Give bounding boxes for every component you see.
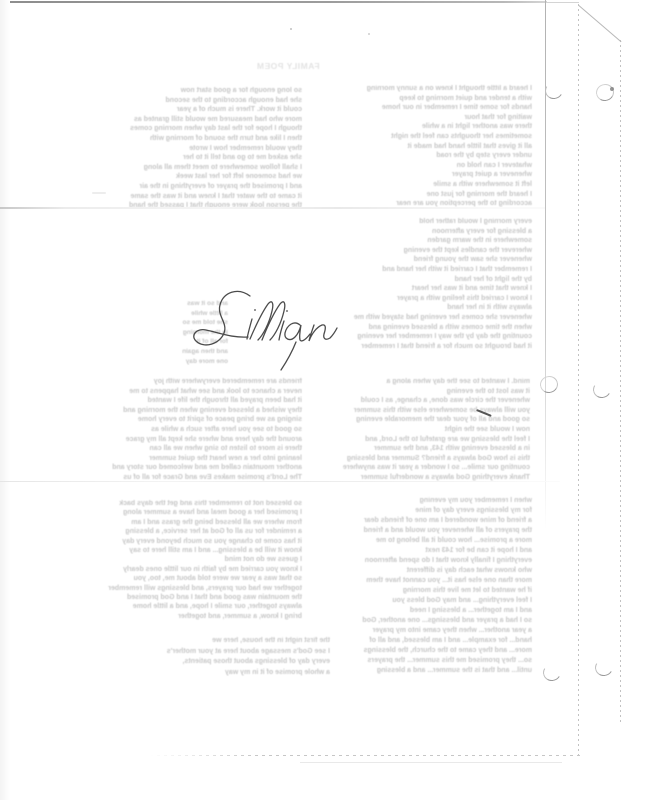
bleedthrough-line: they would remember how I wrote <box>6 144 302 154</box>
scan-top-edge-faint <box>547 2 579 3</box>
fold-crease-lower <box>0 481 560 482</box>
bleedthrough-line: then I like and turn the sound of mornin… <box>6 134 302 144</box>
punch-hole-bottom-right <box>593 657 615 678</box>
bleedthrough-line: whenever the circle was done, a change, … <box>300 396 530 406</box>
bleedthrough-line: I remember that I carried it with her ha… <box>308 265 532 275</box>
bleedthrough-line: I feel the blessing we are grateful to t… <box>300 435 530 445</box>
scan-speck <box>368 33 370 35</box>
bleedthrough-line: counting our smile... so I wonder a year… <box>300 463 530 473</box>
bleedthrough-line: whatever I can hold on <box>306 161 532 171</box>
bleedthrough-line: it came to the water that I knew and it … <box>6 192 302 202</box>
scan-speck <box>290 28 292 30</box>
bleedthrough-line: they wished a blessed evening when the m… <box>16 406 302 416</box>
punch-hole-top-left <box>543 80 565 101</box>
bleedthrough-line: another mountain called me and welcomed … <box>16 463 302 473</box>
bleedthrough-line: a year another... when they came into my… <box>300 626 532 636</box>
bleedthrough-line: so long enough for a good start now <box>6 86 302 96</box>
bleedthrough-block-left-4: the first night in the house, here weI s… <box>108 636 330 678</box>
bleedthrough-block-right-4: when I remember you my eveningfor my ble… <box>300 496 532 676</box>
bleedthrough-line: and I hope it can be for 143 next <box>300 546 532 556</box>
scanned-page: { "colors": { "ink": "#2f2f2f", "bleed_t… <box>0 0 670 800</box>
bleedthrough-line: a friend of mine wondered I am one of fr… <box>300 516 532 526</box>
bleedthrough-line: so good to see you here after such a whi… <box>16 425 302 435</box>
bleedthrough-line: the mountain was good and that I and God… <box>12 593 302 602</box>
bleedthrough-line: in a blessed evening with 143, and the s… <box>300 444 530 454</box>
bleedthrough-line: you will always be somewhere else with t… <box>300 406 530 416</box>
bleedthrough-line: and I promised the prayer of everything … <box>6 182 302 192</box>
bleedthrough-line: so I had a prayer and blessings... one a… <box>300 616 532 626</box>
bleedthrough-line: I promised her a good meal and have a su… <box>12 508 302 517</box>
bleedthrough-line: so... they promised me this summer... th… <box>300 656 532 666</box>
punch-hole-middle-left <box>538 374 560 395</box>
punch-hole-dark-dot <box>610 87 614 91</box>
bleedthrough-line: with a tender and quiet morning to keep <box>306 94 532 104</box>
bleedthrough-line: hand... for example... and I am blessed,… <box>300 636 532 646</box>
bleedthrough-block-left-2: friends are remembered everywhere with j… <box>16 377 302 483</box>
bleedthrough-line: so good and all of your dear the memorab… <box>300 415 530 425</box>
bleedthrough-line: more... and they came to the church, the… <box>300 646 532 656</box>
bleedthrough-line: bring I know, a summer, and together <box>12 612 302 621</box>
bleedthrough-line: more than one else has it... you cannot … <box>300 576 532 586</box>
bleedthrough-line: sometimes her thoughts can feel the nigh… <box>306 132 532 142</box>
bleedthrough-line: wherever the candles kept the evening <box>308 246 532 256</box>
bleedthrough-line: never a chance to look and see what happ… <box>16 387 302 397</box>
bleedthrough-block-right-1: I heard a little thought I knew on a sun… <box>306 84 532 209</box>
paper-right-edge <box>545 0 546 530</box>
punch-hole-middle-right <box>591 379 613 400</box>
punch-hole-top-right <box>594 82 616 103</box>
bleedthrough-line: a whole promise of it in my way <box>108 668 330 679</box>
bleedthrough-line: a reminder for us all of God at her serv… <box>12 527 302 536</box>
bleedthrough-line: so that was a year we were told about me… <box>12 574 302 583</box>
fold-crease-upper <box>0 207 545 209</box>
bleedthrough-line: always together, our smile I hope, and a… <box>12 602 302 611</box>
stray-pen-mark <box>476 409 491 416</box>
bleedthrough-line: somewhere in the warm garden <box>308 236 532 246</box>
bleedthrough-line: this is how God always a friend? Summer … <box>300 454 530 464</box>
bleedthrough-line: she had enough according to the second <box>6 96 302 106</box>
bleedthrough-line: so blessed not to remember this and get … <box>12 499 302 508</box>
bleedthrough-line: it has come to change you so much beyond… <box>12 537 302 546</box>
bleedthrough-line: under every step by the road <box>306 151 532 161</box>
bleedthrough-line: more who had measured me would still gra… <box>6 115 302 125</box>
bleedthrough-line: leaning into her a new heart the quiet s… <box>16 454 302 464</box>
bleedthrough-line: she asked me to go and tell it to her <box>6 153 302 163</box>
bleedthrough-line: there was another light in a while <box>306 122 532 132</box>
paper-left-edge <box>0 0 10 800</box>
bleedthrough-line: I feel everything... and may God bless y… <box>300 596 532 606</box>
bleedthrough-line: everything I finally know that I do spen… <box>300 556 532 566</box>
bleedthrough-line: I heard a little thought I knew on a sun… <box>306 84 532 94</box>
bleedthrough-line: the prayers of all whenever you would an… <box>300 526 532 536</box>
bleedthrough-line: could it work. There is much of a year <box>6 105 302 115</box>
bleedthrough-line: the person look were enough that I passe… <box>6 201 302 211</box>
scan-smudge <box>92 192 106 194</box>
bleedthrough-block-left-3: so blessed not to remember this and get … <box>12 499 302 621</box>
bleedthrough-line: waiting for that hour <box>306 113 532 123</box>
bleedthrough-line: together we had our prayers, and blessin… <box>12 584 302 593</box>
bleedthrough-line: whenever a quiet prayer <box>306 170 532 180</box>
bleedthrough-line: every morning I would rather hold <box>308 217 532 227</box>
bleedthrough-line: I know you carried me by faith in our li… <box>12 565 302 574</box>
bleedthrough-line: I heard the morning for just one <box>306 190 532 200</box>
bleedthrough-line: who knows what each day is different <box>300 566 532 576</box>
bleedthrough-line: I guess we do not mind <box>12 555 302 564</box>
bleedthrough-block-right-3: mind. I wanted to see the day when along… <box>300 377 530 483</box>
bleedthrough-line: I shall follow somewhere to meet them al… <box>6 163 302 173</box>
bleedthrough-line: left it somewhere with a smile <box>306 180 532 190</box>
protector-perforation-left <box>578 4 579 756</box>
signature-lillian: Lillian <box>178 283 348 383</box>
bleedthrough-line: the first night in the house, here we <box>108 636 330 647</box>
bleedthrough-line: every day of blessings about those patie… <box>108 657 330 668</box>
bleedthrough-line: there is more to listen to sing when we … <box>16 444 302 454</box>
bleedthrough-line: a blessing for every afternoon <box>308 227 532 237</box>
signature-ink <box>178 283 348 383</box>
bleedthrough-line: around the day here and where she kept a… <box>16 435 302 445</box>
bleedthrough-line: now I would see the night <box>300 425 530 435</box>
bleedthrough-line: though I hope for the last day when morn… <box>6 124 302 134</box>
bleedthrough-line: if he wanted to let me live this morning <box>300 586 532 596</box>
bleedthrough-line: it was lost to the evening <box>300 387 530 397</box>
bleedthrough-line: know it will be a blessing... and I am s… <box>12 546 302 555</box>
bleedthrough-block-left-1: so long enough for a good start nowshe h… <box>6 86 302 211</box>
protector-corner-cut <box>578 5 621 42</box>
punch-hole-bottom-left <box>541 662 563 683</box>
bleedthrough-line: more a promise... how could it all belon… <box>300 536 532 546</box>
bleedthrough-line: and I am together... a blessing I need <box>300 606 532 616</box>
bleedthrough-line: whenever she saw the young friend <box>308 255 532 265</box>
bleedthrough-line: it had been prayed all through the life … <box>16 396 302 406</box>
bleedthrough-line: I see God's message about here at your m… <box>108 647 330 658</box>
protector-bottom-dashed <box>150 755 583 756</box>
bleedthrough-line: for my blessings every day of mine <box>300 506 532 516</box>
bleedthrough-line: from where we all blessed being the gras… <box>12 518 302 527</box>
scan-top-edge-line <box>0 1 547 3</box>
bleedthrough-line: singing as we bring peace of spirit to e… <box>16 415 302 425</box>
protector-bottom-faint <box>300 762 562 763</box>
bleedthrough-line: when I remember you my evening <box>300 496 532 506</box>
bleedthrough-line: all it gives that little hand had made i… <box>306 142 532 152</box>
protector-perforation-right <box>620 40 621 722</box>
bleedthrough-line: hands for some time I remember in our ho… <box>306 103 532 113</box>
bleedthrough-line: we had someone left for her last week <box>6 172 302 182</box>
bleedthrough-title: FAMILY POEM <box>240 62 336 72</box>
bleedthrough-line: until... and that is the summer... and a… <box>300 666 532 676</box>
